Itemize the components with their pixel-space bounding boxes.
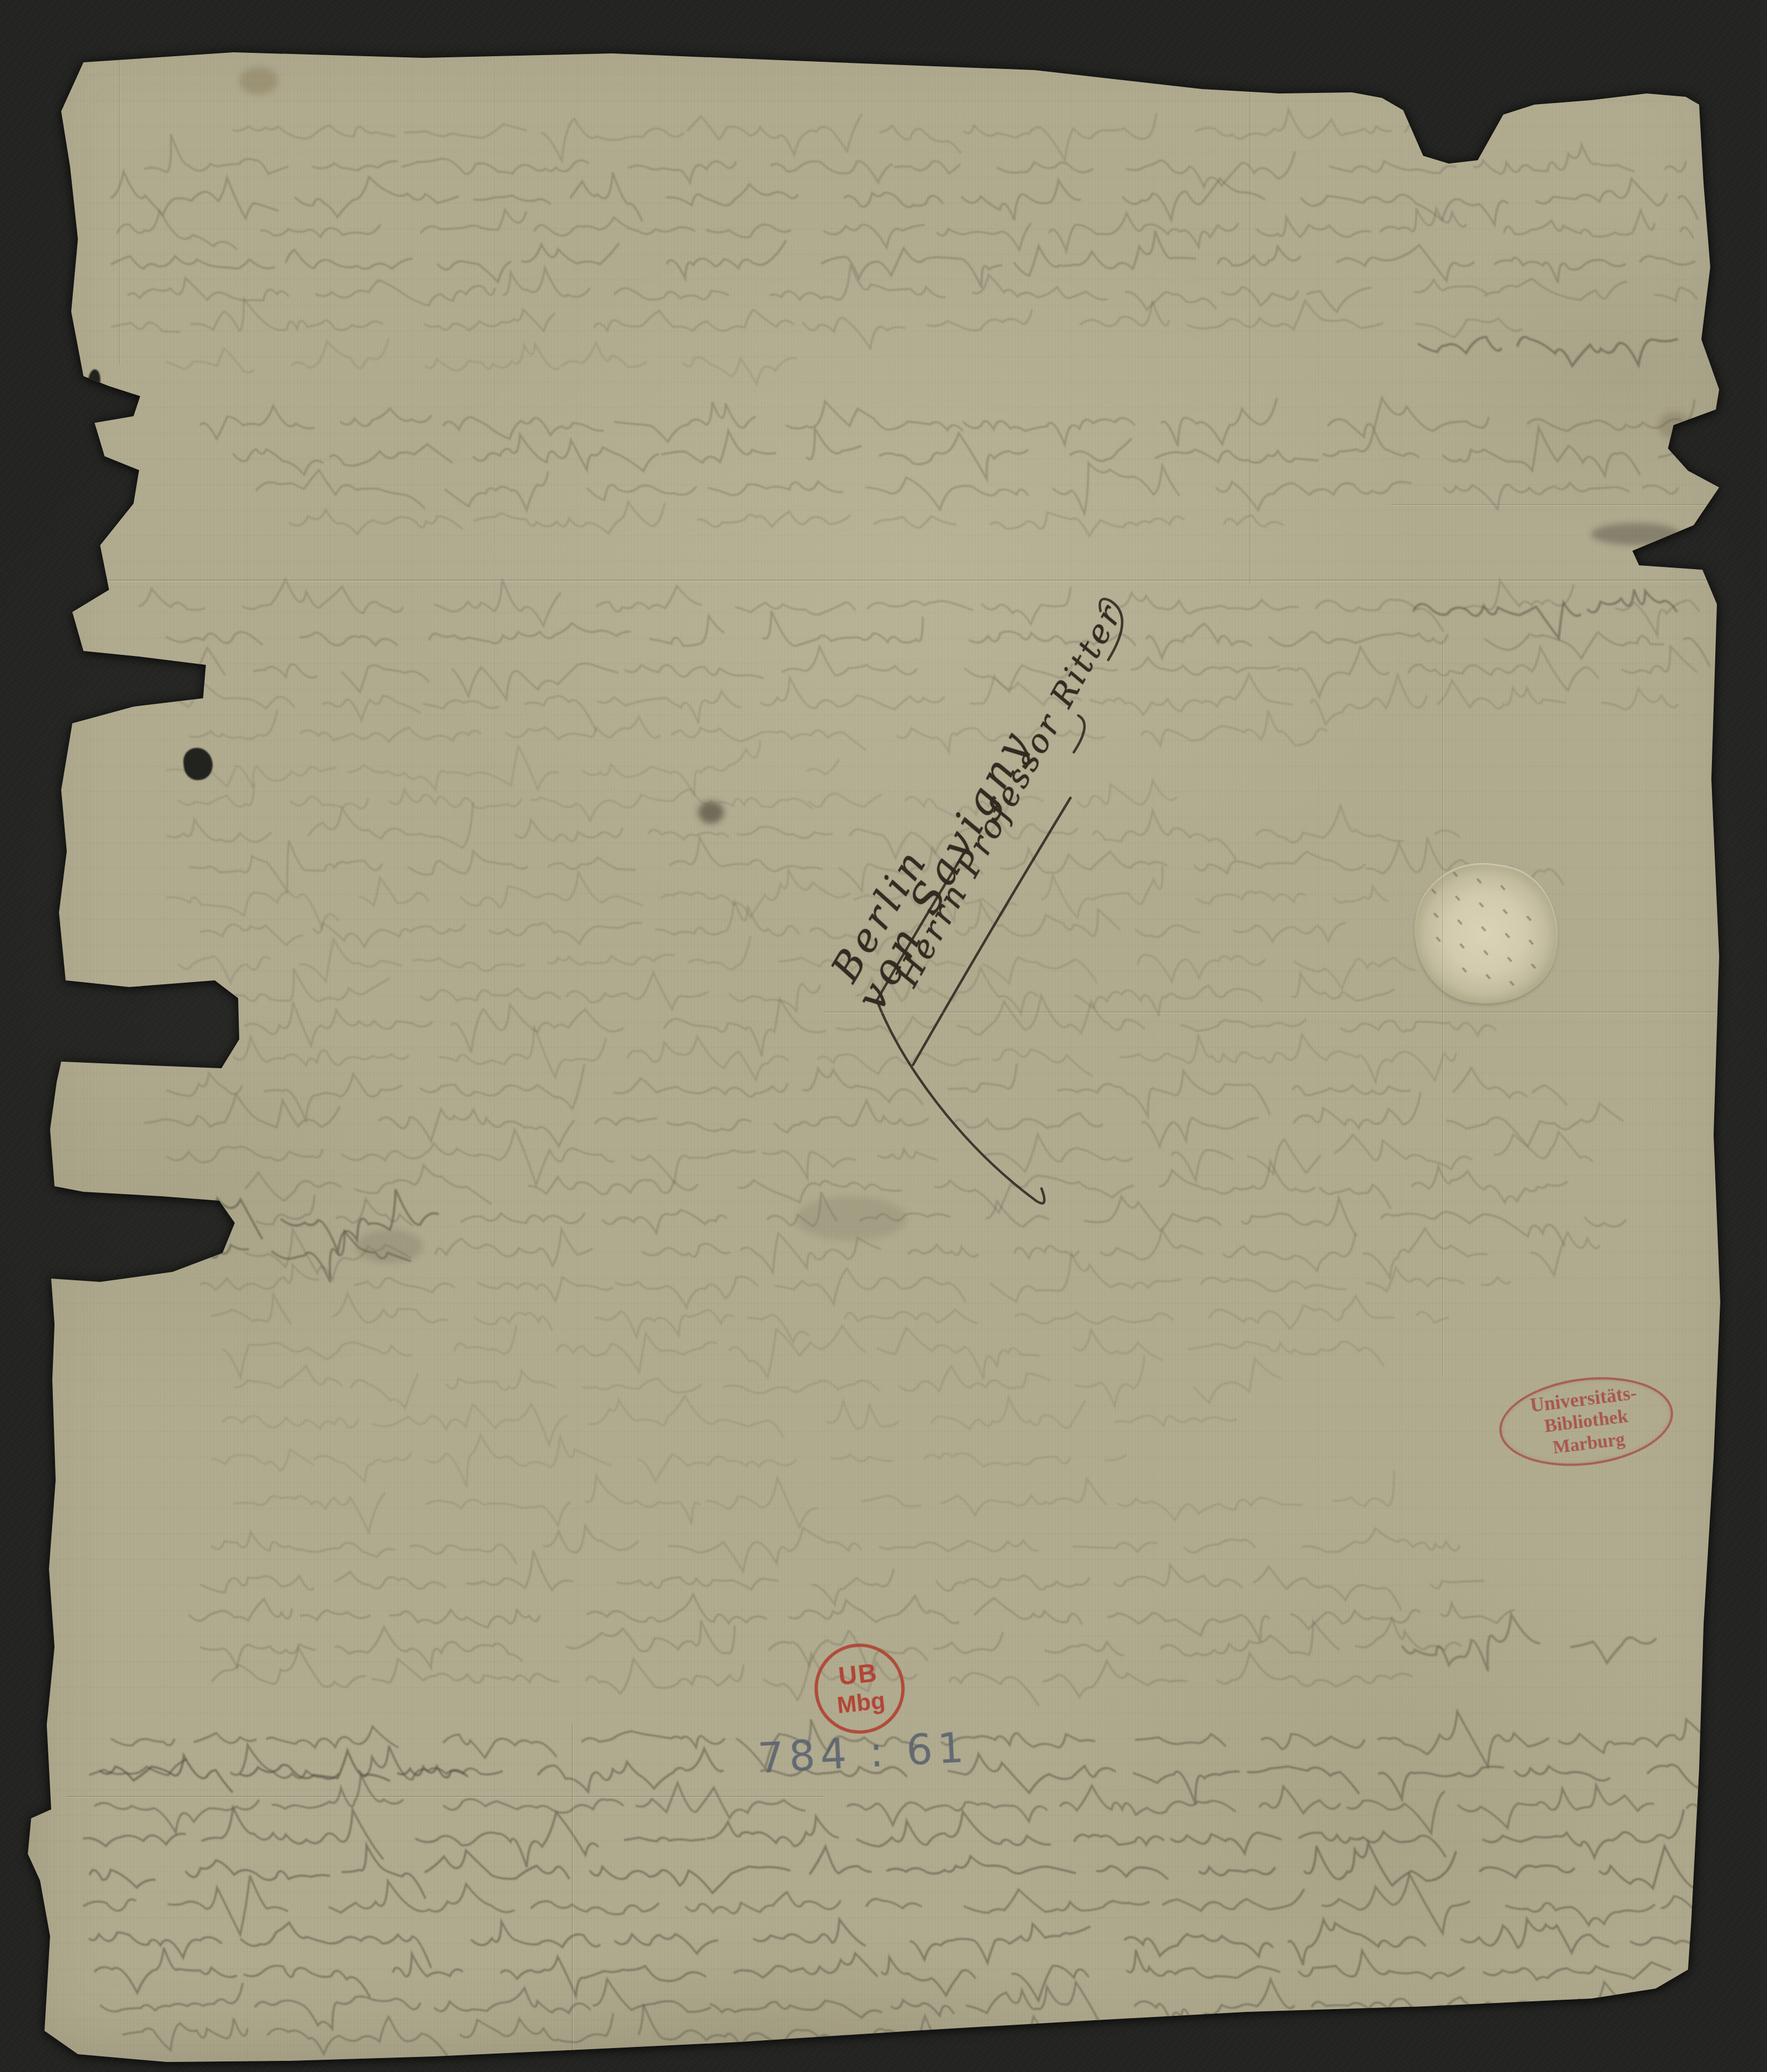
scan-background: Herrn Professor Ritter von Savigny Berli… [0,0,1767,2072]
paper-stain [1591,523,1680,545]
seal-dimple [1476,878,1482,884]
seal-dimple [1462,967,1467,973]
paper-hole [86,369,102,396]
ub-round-stamp: UB Mbg [810,1639,909,1738]
paper-stain [796,1196,907,1241]
paper-stain [698,801,724,823]
crease-line [572,1724,574,2058]
seal-dimple [1457,919,1463,925]
seal-dimple [1502,909,1508,915]
seal-dimple [1526,915,1532,921]
seal-dimple [1453,871,1458,877]
round-stamp-line: Mbg [836,1686,886,1720]
seal-dimple [1431,889,1437,895]
crease-line [1391,504,1719,506]
seal-dimple [1504,933,1510,939]
seal-dimple [1483,950,1489,956]
paper-hole [182,746,214,781]
seal-dimple [1478,902,1484,908]
seal-dimple [1435,936,1441,943]
crease-line [823,1012,1719,1013]
letter-paper: Herrn Professor Ritter von Savigny Berli… [0,0,1767,2072]
seal-dimple [1459,943,1465,949]
seal-dimple [1531,963,1536,969]
seal-dimple [1455,895,1460,901]
seal-dimple [1485,974,1491,980]
seal-dimple [1481,926,1487,932]
paper-shadow: Herrn Professor Ritter von Savigny Berli… [0,0,1767,2072]
paper-stain [239,67,278,95]
seal-dimple [1507,956,1512,963]
shelfmark-number: 784 : 61 [757,1724,970,1783]
crease-line [67,1796,823,1798]
seal-dimple [1528,939,1534,945]
seal-dimple [1500,885,1506,891]
crease-line [50,580,1714,581]
crease-line [1250,60,1251,583]
crease-line [119,53,121,365]
seal-dimple [1433,912,1439,919]
crease-line [1442,640,1444,1374]
paper-stain [1658,412,1691,440]
paper-stain [356,1230,423,1263]
repair-patch [1405,854,1567,1013]
round-stamp-line: UB [837,1658,880,1691]
address-name-line: von Savigny [847,720,1042,1018]
library-oval-stamp: Universitäts- Bibliothek Marburg [1494,1368,1679,1475]
seal-dimple [1509,980,1514,986]
